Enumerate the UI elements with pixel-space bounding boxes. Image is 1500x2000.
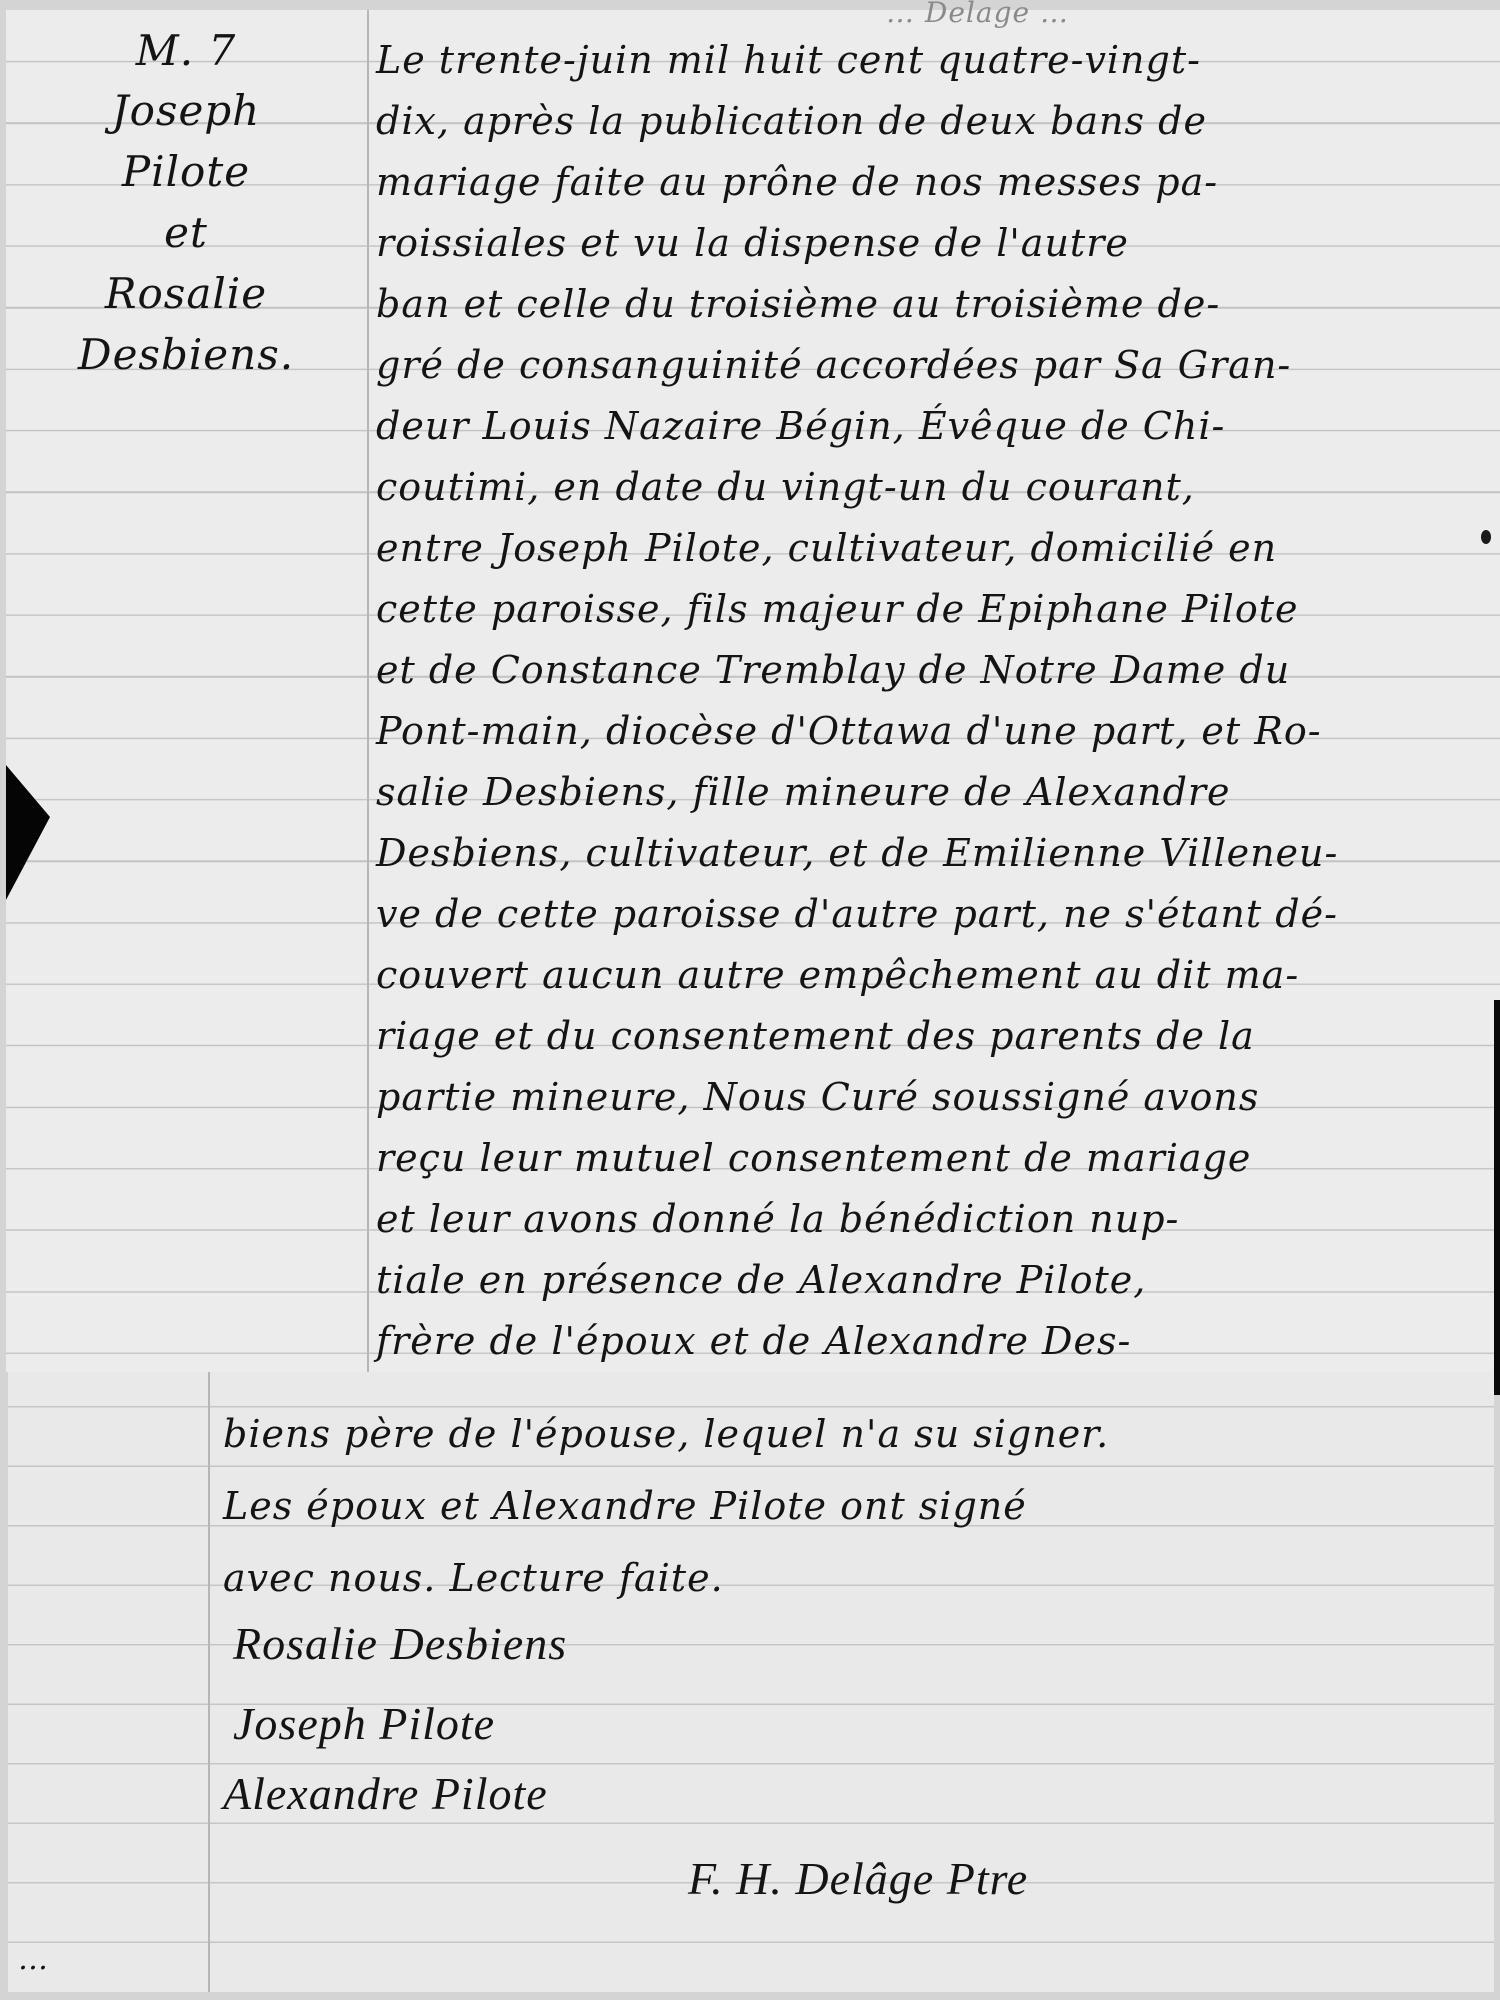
body-line-7: deur Louis Nazaire Bégin, Évêque de Chi- bbox=[376, 404, 1225, 448]
body-line-14: Desbiens, cultivateur, et de Emilienne V… bbox=[376, 831, 1338, 875]
scan-shadow-right bbox=[1494, 1000, 1500, 1395]
margin-groom-last: Pilote bbox=[36, 141, 336, 202]
body-line-2: dix, après la publication de deux bans d… bbox=[376, 99, 1207, 143]
bottom-fragment: … bbox=[18, 1942, 49, 1977]
margin-rule bbox=[367, 10, 369, 1372]
signature-bride: Rosalie Desbiens bbox=[233, 1617, 567, 1670]
body-line-8: coutimi, en date du vingt-un du courant, bbox=[376, 465, 1195, 509]
body-line-21: tiale en présence de Alexandre Pilote, bbox=[376, 1258, 1146, 1302]
body-line-20: et leur avons donné la bénédiction nup- bbox=[376, 1197, 1179, 1241]
body-line-22: frère de l'époux et de Alexandre Des- bbox=[376, 1319, 1131, 1363]
register-page-top: … Delage … M. 7 Joseph Pilote et Rosalie… bbox=[6, 10, 1500, 1372]
body-line-1: Le trente-juin mil huit cent quatre-ving… bbox=[376, 38, 1201, 82]
continuation-line-2: Les époux et Alexandre Pilote ont signé bbox=[223, 1484, 1027, 1528]
body-line-5: ban et celle du troisième au troisième d… bbox=[376, 282, 1220, 326]
body-line-6: gré de consanguinité accordées par Sa Gr… bbox=[376, 343, 1291, 387]
register-page-bottom: biens père de l'épouse, lequel n'a su si… bbox=[8, 1372, 1494, 1992]
body-line-17: riage et du consentement des parents de … bbox=[376, 1014, 1255, 1058]
body-line-18: partie mineure, Nous Curé soussigné avon… bbox=[376, 1075, 1259, 1119]
margin-bride-last: Desbiens. bbox=[36, 324, 336, 385]
header-remnant: … Delage … bbox=[886, 0, 1069, 29]
margin-conjunction: et bbox=[36, 202, 336, 263]
body-line-9: entre Joseph Pilote, cultivateur, domici… bbox=[376, 526, 1277, 570]
margin-entry-number: M. 7 bbox=[36, 20, 336, 81]
ink-blot bbox=[1481, 530, 1491, 544]
body-line-16: couvert aucun autre empêchement au dit m… bbox=[376, 953, 1299, 997]
margin-bride-first: Rosalie bbox=[36, 263, 336, 324]
body-line-19: reçu leur mutuel consentement de mariage bbox=[376, 1136, 1251, 1180]
margin-rule bbox=[208, 1372, 210, 1992]
continuation-line-1: biens père de l'épouse, lequel n'a su si… bbox=[223, 1412, 1109, 1456]
body-line-13: salie Desbiens, fille mineure de Alexand… bbox=[376, 770, 1231, 814]
scan-shadow-left bbox=[6, 765, 50, 900]
body-line-12: Pont-main, diocèse d'Ottawa d'une part, … bbox=[376, 709, 1322, 753]
signature-groom: Joseph Pilote bbox=[233, 1697, 495, 1750]
continuation-line-3: avec nous. Lecture faite. bbox=[223, 1556, 724, 1600]
body-line-3: mariage faite au prône de nos messes pa- bbox=[376, 160, 1218, 204]
body-line-4: roissiales et vu la dispense de l'autre bbox=[376, 221, 1129, 265]
signature-priest: F. H. Delâge Ptre bbox=[688, 1852, 1028, 1905]
body-line-10: cette paroisse, fils majeur de Epiphane … bbox=[376, 587, 1298, 631]
body-line-11: et de Constance Tremblay de Notre Dame d… bbox=[376, 648, 1290, 692]
signature-witness: Alexandre Pilote bbox=[223, 1767, 548, 1820]
body-line-15: ve de cette paroisse d'autre part, ne s'… bbox=[376, 892, 1338, 936]
margin-groom-first: Joseph bbox=[36, 80, 336, 141]
